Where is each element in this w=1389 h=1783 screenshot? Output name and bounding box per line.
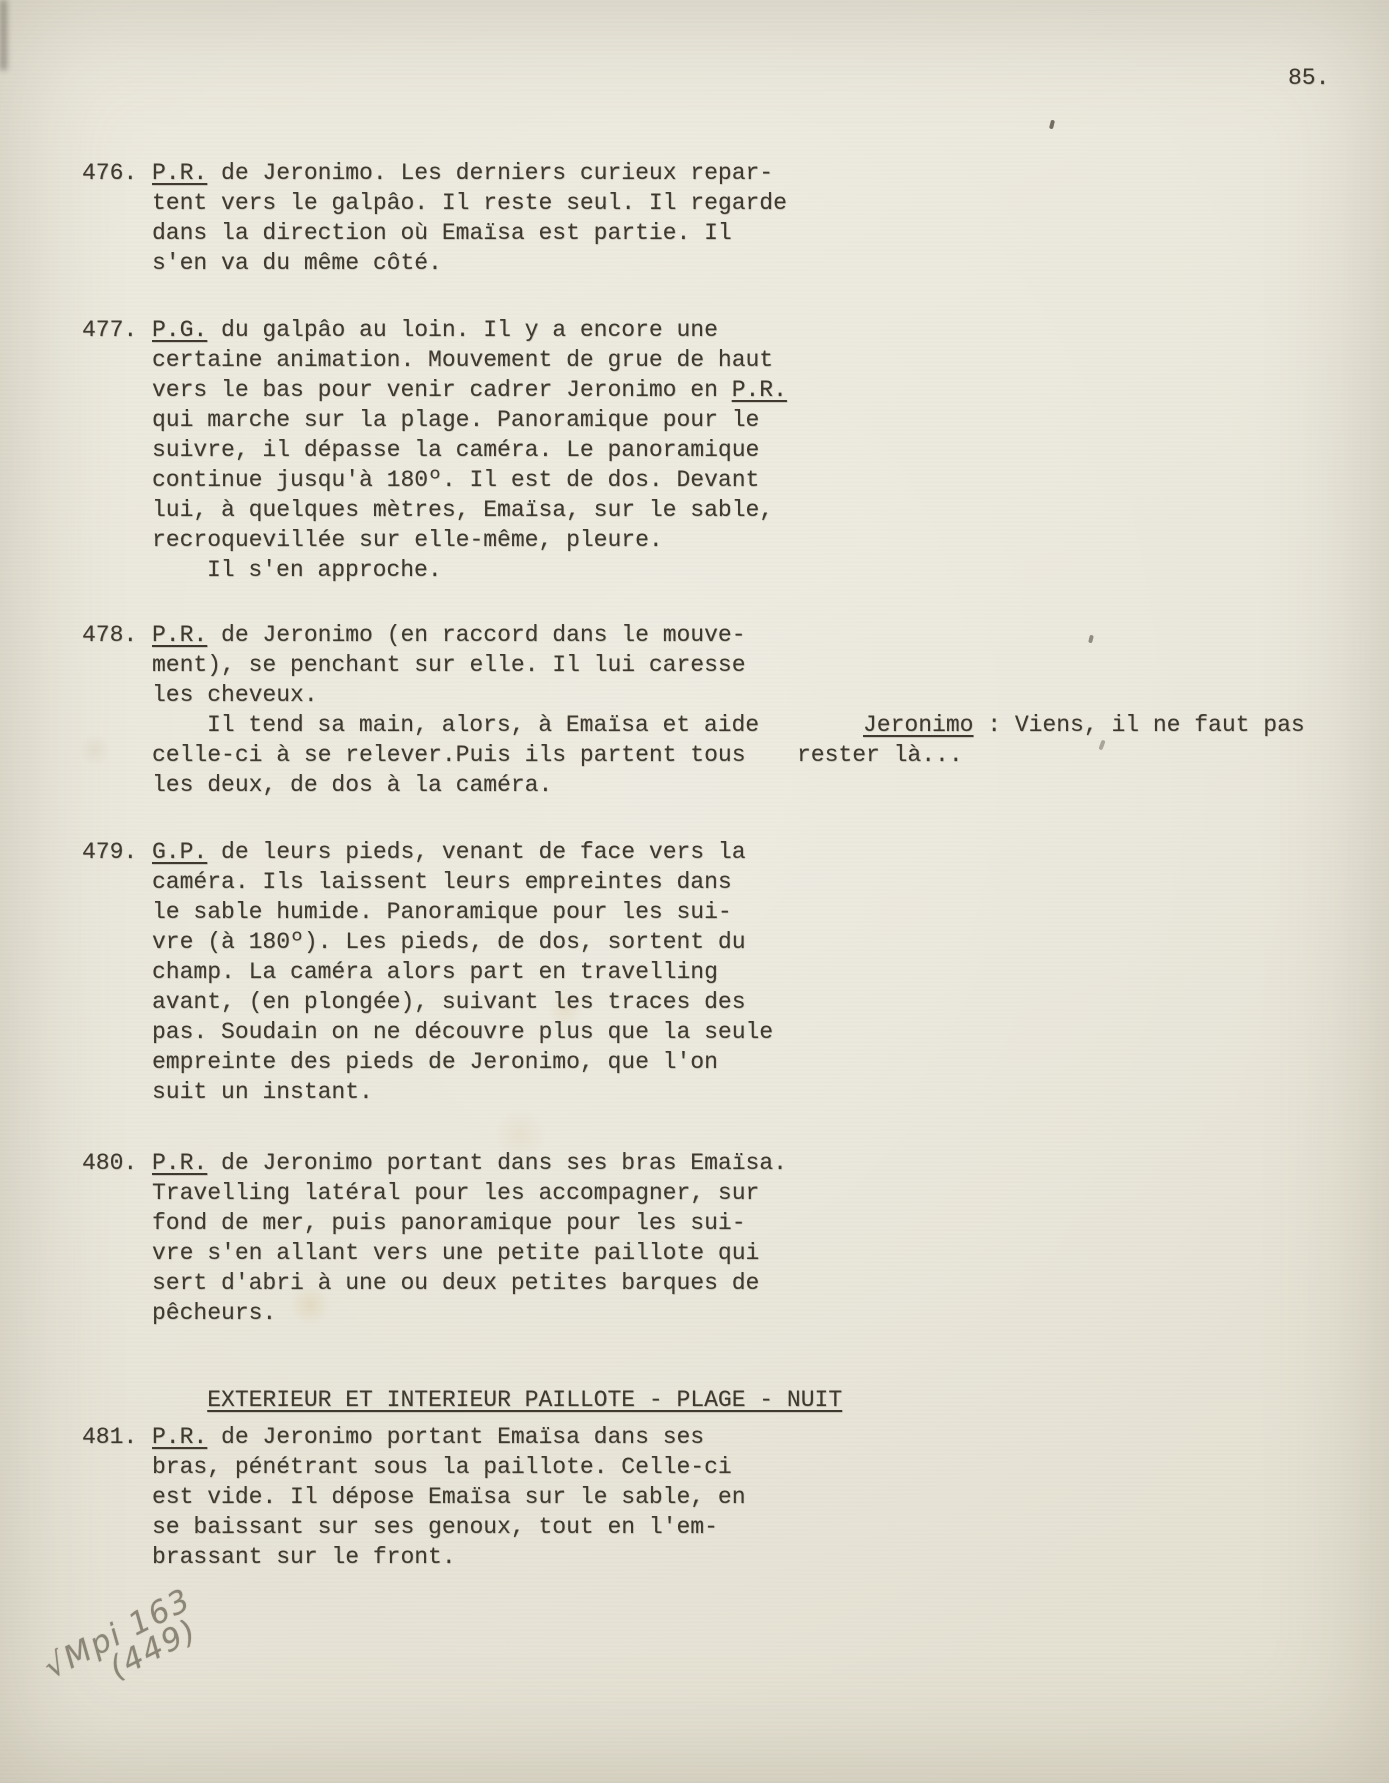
- script-line: suit un instant.: [152, 1077, 1389, 1107]
- text-segment: suivre, il dépasse la caméra. Le panoram…: [152, 437, 759, 463]
- text-segment: Travelling latéral pour les accompagner,…: [152, 1180, 759, 1206]
- underlined-text: P.R.: [152, 1150, 207, 1176]
- shot-number: 476.: [82, 158, 137, 188]
- text-segment: le sable humide. Panoramique pour les su…: [152, 899, 732, 925]
- script-line: suivre, il dépasse la caméra. Le panoram…: [152, 435, 1389, 465]
- scene-heading-text: EXTERIEUR ET INTERIEUR PAILLOTE - PLAGE …: [207, 1387, 842, 1413]
- script-line: s'en va du même côté.: [152, 248, 1389, 278]
- text-segment: se baissant sur ses genoux, tout en l'em…: [152, 1514, 718, 1540]
- script-line: tent vers le galpâo. Il reste seul. Il r…: [152, 188, 1389, 218]
- text-segment: certaine animation. Mouvement de grue de…: [152, 347, 773, 373]
- text-segment: caméra. Ils laissent leurs empreintes da…: [152, 869, 732, 895]
- script-line: P.G. du galpâo au loin. Il y a encore un…: [152, 315, 1389, 345]
- text-segment: de Jeronimo. Les derniers curieux repar-: [207, 160, 773, 186]
- script-line: P.R. de Jeronimo (en raccord dans le mou…: [152, 620, 1389, 650]
- page-number: 85.: [1288, 63, 1329, 93]
- text-segment: les cheveux.: [152, 682, 318, 708]
- text-segment: recroquevillée sur elle-même, pleure.: [152, 527, 663, 553]
- shot-description: P.R. de Jeronimo. Les derniers curieux r…: [152, 158, 1389, 278]
- shot-description: G.P. de leurs pieds, venant de face vers…: [152, 837, 1389, 1107]
- dialogue-line: Jeronimo : Viens, il ne faut pas: [797, 710, 1305, 740]
- text-segment: pas. Soudain on ne découvre plus que la …: [152, 1019, 773, 1045]
- dialogue-line: rester là...: [797, 740, 1305, 770]
- text-segment: lui, à quelques mètres, Emaïsa, sur le s…: [152, 497, 773, 523]
- shot-number: 480.: [82, 1148, 137, 1178]
- script-line: avant, (en plongée), suivant les traces …: [152, 987, 1389, 1017]
- text-segment: brassant sur le front.: [152, 1544, 456, 1570]
- text-segment: s'en va du même côté.: [152, 250, 442, 276]
- script-line: lui, à quelques mètres, Emaïsa, sur le s…: [152, 495, 1389, 525]
- shot-description: P.G. du galpâo au loin. Il y a encore un…: [152, 315, 1389, 585]
- text-segment: avant, (en plongée), suivant les traces …: [152, 989, 746, 1015]
- dialogue-block: Jeronimo : Viens, il ne faut pasrester l…: [797, 710, 1305, 770]
- underlined-text: P.G.: [152, 317, 207, 343]
- script-line: Il s'en approche.: [152, 555, 1389, 585]
- underlined-text: P.R.: [732, 377, 787, 403]
- script-line: brassant sur le front.: [152, 1542, 1389, 1572]
- text-segment: suit un instant.: [152, 1079, 373, 1105]
- text-segment: dans la direction où Emaïsa est partie. …: [152, 220, 732, 246]
- script-line: G.P. de leurs pieds, venant de face vers…: [152, 837, 1389, 867]
- text-segment: celle-ci à se relever.Puis ils partent t…: [152, 742, 746, 768]
- ink-speck: [1049, 120, 1055, 130]
- text-segment: vre s'en allant vers une petite paillote…: [152, 1240, 759, 1266]
- script-page: 85. 476.P.R. de Jeronimo. Les derniers c…: [0, 0, 1389, 1783]
- script-line: bras, pénétrant sous la paillote. Celle-…: [152, 1452, 1389, 1482]
- script-line: caméra. Ils laissent leurs empreintes da…: [152, 867, 1389, 897]
- underlined-text: G.P.: [152, 839, 207, 865]
- shot-number: 479.: [82, 837, 137, 867]
- text-segment: les deux, de dos à la caméra.: [152, 772, 552, 798]
- text-segment: vre (à 180º). Les pieds, de dos, sortent…: [152, 929, 746, 955]
- script-line: pas. Soudain on ne découvre plus que la …: [152, 1017, 1389, 1047]
- text-segment: Il tend sa main, alors, à Emaïsa et aide: [207, 712, 759, 738]
- scene-heading: EXTERIEUR ET INTERIEUR PAILLOTE - PLAGE …: [152, 1355, 842, 1445]
- shot-477: 477.P.G. du galpâo au loin. Il y a encor…: [0, 315, 1389, 585]
- shot-476: 476.P.R. de Jeronimo. Les derniers curie…: [0, 158, 1389, 278]
- script-line: sert d'abri à une ou deux petites barque…: [152, 1268, 1389, 1298]
- shot-480: 480.P.R. de Jeronimo portant dans ses br…: [0, 1148, 1389, 1328]
- text-segment: ment), se penchant sur elle. Il lui care…: [152, 652, 746, 678]
- script-line: ment), se penchant sur elle. Il lui care…: [152, 650, 1389, 680]
- text-segment: de Jeronimo portant dans ses bras Emaïsa…: [207, 1150, 787, 1176]
- text-segment: rester là...: [797, 742, 963, 768]
- script-line: vers le bas pour venir cadrer Jeronimo e…: [152, 375, 1389, 405]
- script-line: fond de mer, puis panoramique pour les s…: [152, 1208, 1389, 1238]
- script-line: P.R. de Jeronimo portant dans ses bras E…: [152, 1148, 1389, 1178]
- text-segment: est vide. Il dépose Emaïsa sur le sable,…: [152, 1484, 746, 1510]
- script-line: certaine animation. Mouvement de grue de…: [152, 345, 1389, 375]
- script-line: vre s'en allant vers une petite paillote…: [152, 1238, 1389, 1268]
- shot-number: 481.: [82, 1422, 137, 1452]
- text-segment: empreinte des pieds de Jeronimo, que l'o…: [152, 1049, 718, 1075]
- script-line: se baissant sur ses genoux, tout en l'em…: [152, 1512, 1389, 1542]
- text-segment: de leurs pieds, venant de face vers la: [207, 839, 745, 865]
- script-line: qui marche sur la plage. Panoramique pou…: [152, 405, 1389, 435]
- shot-number: 477.: [82, 315, 137, 345]
- script-line: le sable humide. Panoramique pour les su…: [152, 897, 1389, 927]
- script-line: champ. La caméra alors part en travellin…: [152, 957, 1389, 987]
- handwritten-note: √Mpi 163 (449): [39, 1582, 210, 1712]
- text-segment: qui marche sur la plage. Panoramique pou…: [152, 407, 759, 433]
- text-segment: bras, pénétrant sous la paillote. Celle-…: [152, 1454, 732, 1480]
- shot-479: 479.G.P. de leurs pieds, venant de face …: [0, 837, 1389, 1107]
- script-line: dans la direction où Emaïsa est partie. …: [152, 218, 1389, 248]
- script-line: continue jusqu'à 180º. Il est de dos. De…: [152, 465, 1389, 495]
- shot-number: 478.: [82, 620, 137, 650]
- text-segment: continue jusqu'à 180º. Il est de dos. De…: [152, 467, 759, 493]
- text-segment: Il s'en approche.: [207, 557, 442, 583]
- script-line: pêcheurs.: [152, 1298, 1389, 1328]
- text-segment: champ. La caméra alors part en travellin…: [152, 959, 718, 985]
- script-line: les deux, de dos à la caméra.: [152, 770, 1389, 800]
- underlined-text: P.R.: [152, 160, 207, 186]
- text-segment: du galpâo au loin. Il y a encore une: [207, 317, 718, 343]
- text-segment: de Jeronimo (en raccord dans le mouve-: [207, 622, 745, 648]
- underlined-text: Jeronimo: [863, 712, 973, 738]
- text-segment: tent vers le galpâo. Il reste seul. Il r…: [152, 190, 787, 216]
- script-line: est vide. Il dépose Emaïsa sur le sable,…: [152, 1482, 1389, 1512]
- script-line: les cheveux.: [152, 680, 1389, 710]
- text-segment: fond de mer, puis panoramique pour les s…: [152, 1210, 746, 1236]
- text-segment: : Viens, il ne faut pas: [973, 712, 1304, 738]
- script-line: empreinte des pieds de Jeronimo, que l'o…: [152, 1047, 1389, 1077]
- script-line: Travelling latéral pour les accompagner,…: [152, 1178, 1389, 1208]
- text-segment: sert d'abri à une ou deux petites barque…: [152, 1270, 759, 1296]
- script-line: vre (à 180º). Les pieds, de dos, sortent…: [152, 927, 1389, 957]
- text-segment: vers le bas pour venir cadrer Jeronimo e…: [152, 377, 732, 403]
- script-line: recroquevillée sur elle-même, pleure.: [152, 525, 1389, 555]
- script-line: P.R. de Jeronimo. Les derniers curieux r…: [152, 158, 1389, 188]
- underlined-text: P.R.: [152, 622, 207, 648]
- text-segment: pêcheurs.: [152, 1300, 276, 1326]
- shot-description: P.R. de Jeronimo portant dans ses bras E…: [152, 1148, 1389, 1328]
- scan-edge-artifact: [0, 0, 7, 70]
